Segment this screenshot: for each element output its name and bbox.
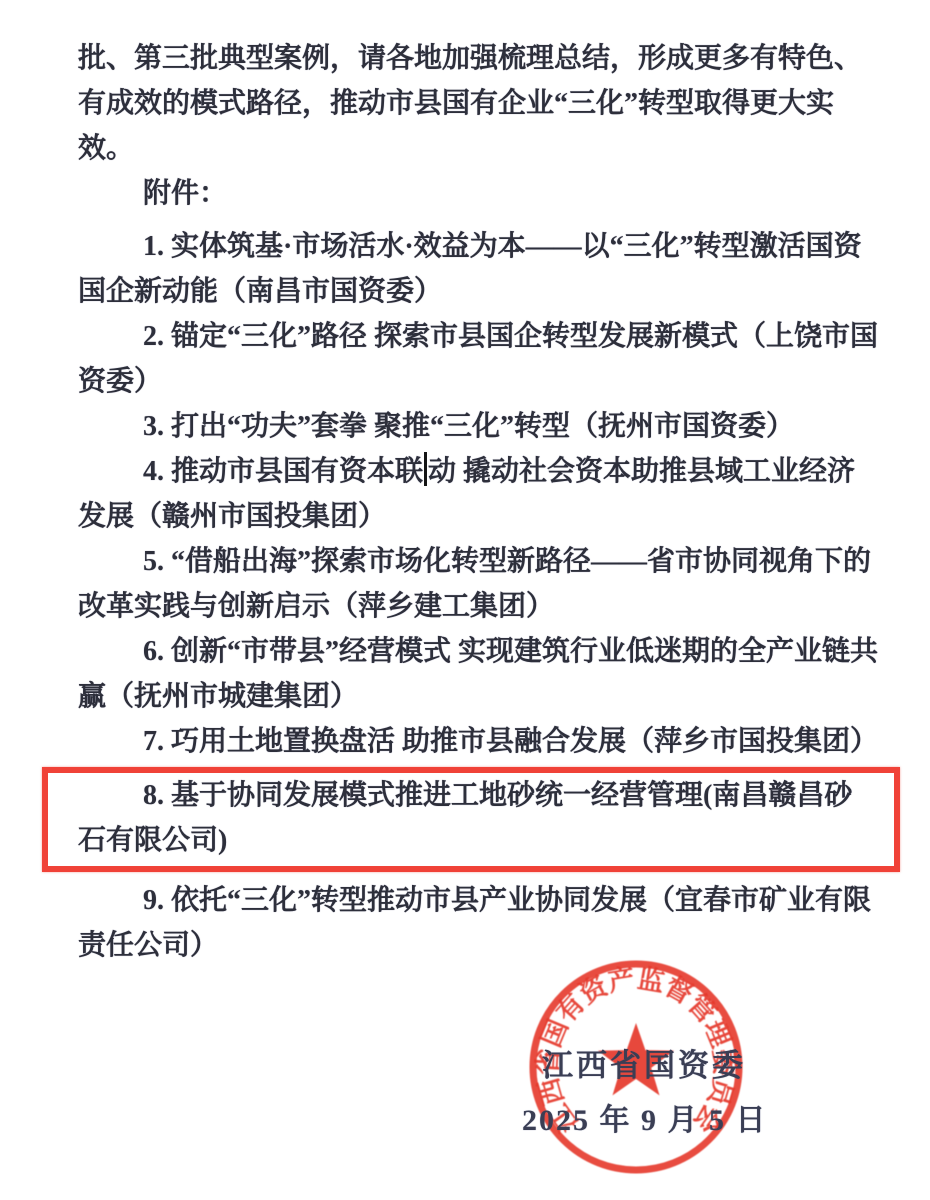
attachment-item: 7. 巧用土地置换盘活 助推市县融合发展（萍乡市国投集团）	[78, 719, 878, 764]
attachment-item: 4. 推动市县国有资本联动 撬动社会资本助推县域工业经济发展（赣州市国投集团）	[78, 449, 878, 539]
intro-paragraph: 批、第三批典型案例，请各地加强梳理总结，形成更多有特色、有成效的模式路径，推动市…	[78, 36, 878, 171]
attachment-item: 3. 打出“功夫”套拳 聚推“三化”转型（抚州市国资委）	[78, 404, 878, 449]
attachment-label: 附件：	[78, 171, 878, 216]
attachment-item: 8. 基于协同发展模式推进工地砂统一经营管理(南昌赣昌砂石有限公司)	[78, 773, 880, 863]
document-body[interactable]: 批、第三批典型案例，请各地加强梳理总结，形成更多有特色、有成效的模式路径，推动市…	[78, 36, 878, 968]
date-text: 2025 年 9 月 5 日	[522, 1095, 768, 1139]
signature-text: 江西省国资委	[542, 1040, 746, 1085]
text-cursor	[424, 452, 427, 486]
attachment-item: 2. 锚定“三化”路径 探索市县国企转型发展新模式（上饶市国资委）	[78, 314, 878, 404]
attachment-list: 1. 实体筑基·市场活水·效益为本——以“三化”转型激活国资国企新动能（南昌市国…	[78, 224, 878, 968]
attachment-item: 6. 创新“市带县”经营模式 实现建筑行业低迷期的全产业链共赢（抚州市城建集团）	[78, 629, 878, 719]
highlight-box: 8. 基于协同发展模式推进工地砂统一经营管理(南昌赣昌砂石有限公司)	[42, 767, 900, 872]
page: 批、第三批典型案例，请各地加强梳理总结，形成更多有特色、有成效的模式路径，推动市…	[0, 0, 930, 1200]
item-text-before-cursor: 4. 推动市县国有资本联	[143, 456, 423, 487]
attachment-item: 1. 实体筑基·市场活水·效益为本——以“三化”转型激活国资国企新动能（南昌市国…	[78, 224, 878, 314]
attachment-item: 5. “借船出海”探索市场化转型新路径——省市协同视角下的改革实践与创新启示（萍…	[78, 539, 878, 629]
